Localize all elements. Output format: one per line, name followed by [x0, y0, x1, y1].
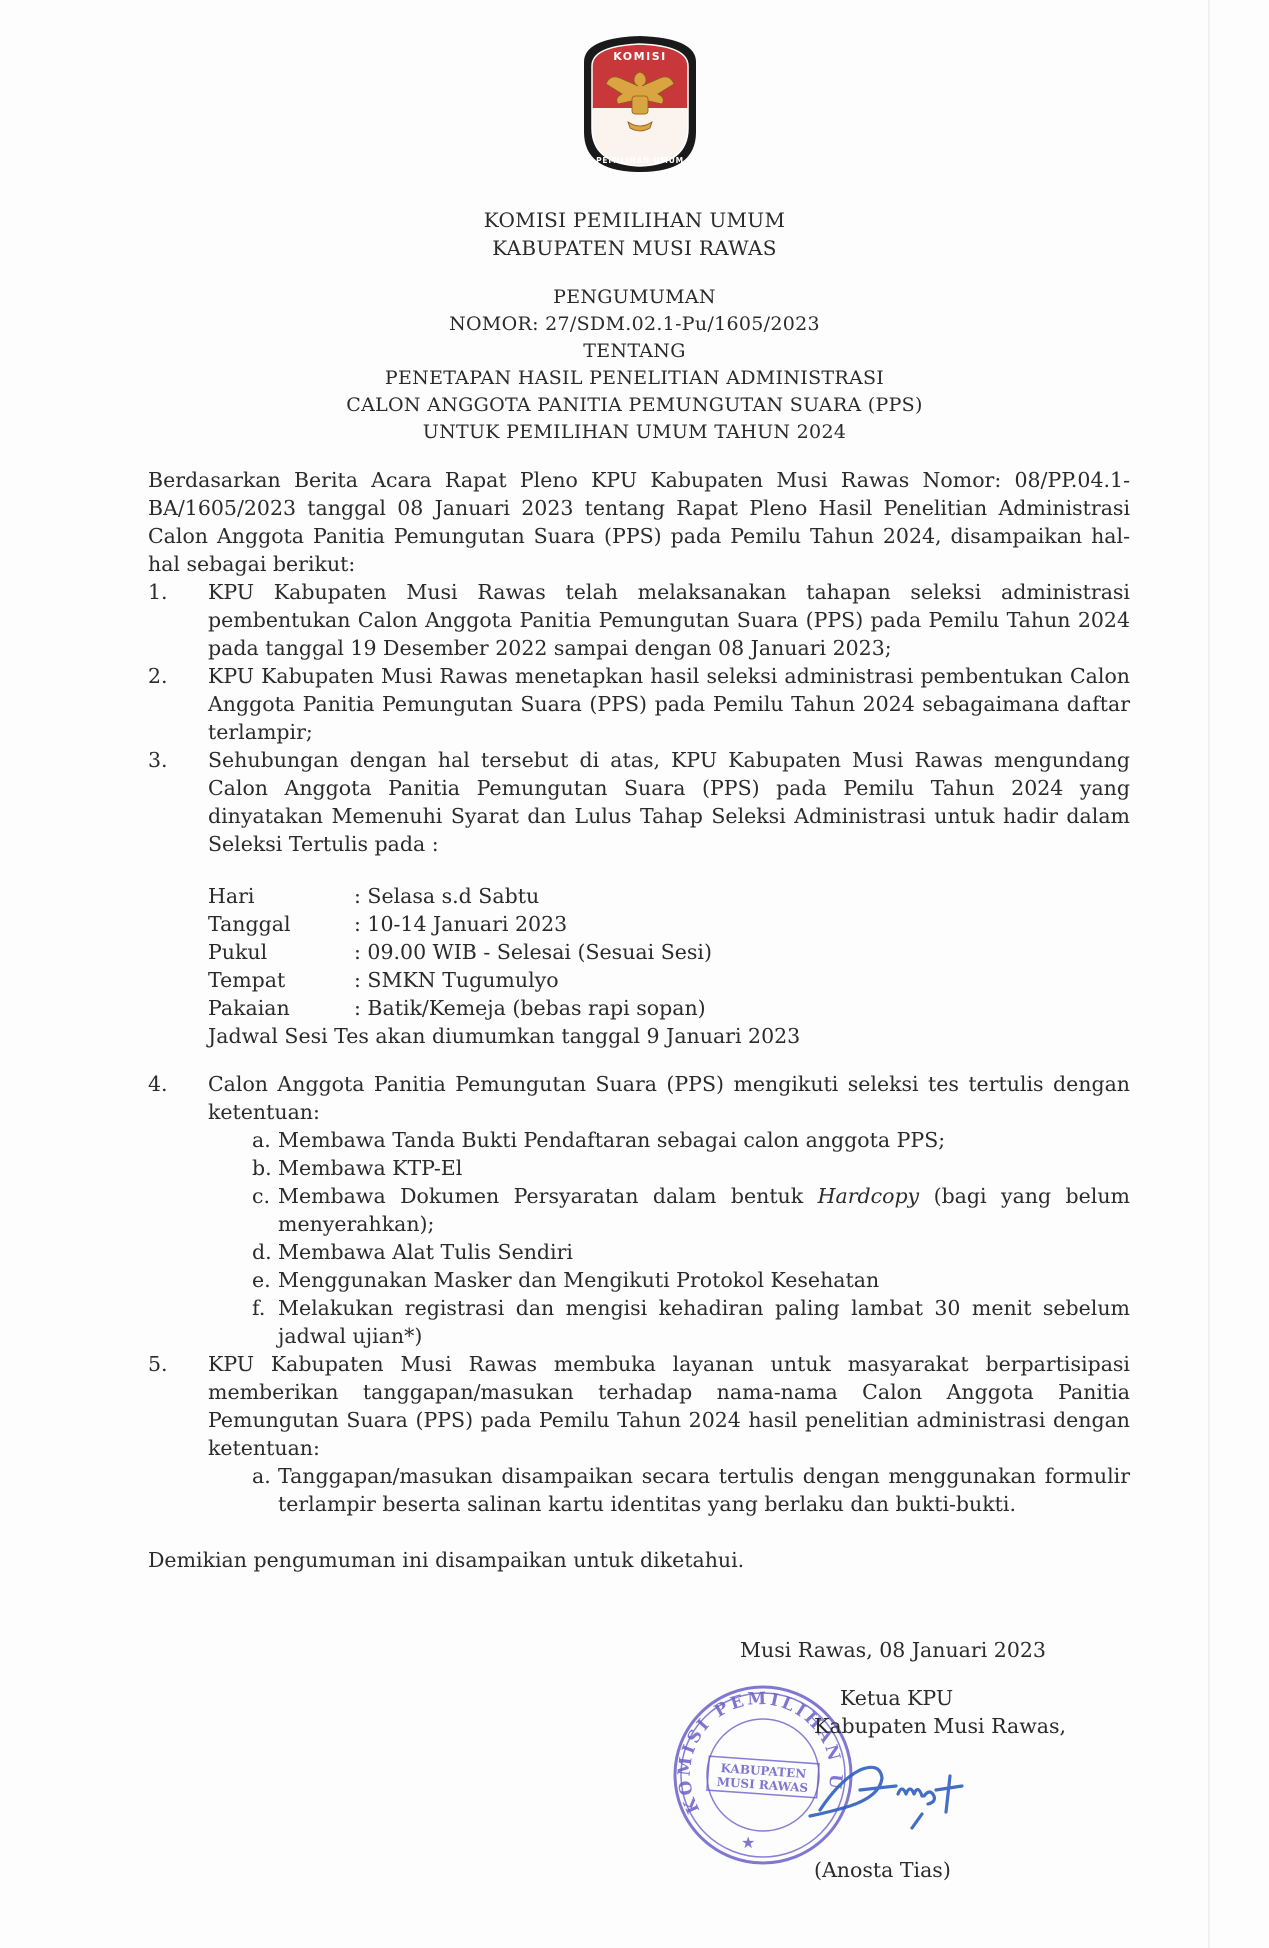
document-title-line: UNTUK PEMILIHAN UMUM TAHUN 2024 — [0, 419, 1269, 446]
schedule-label: Pukul — [208, 938, 354, 966]
sub-item-text: Membawa Dokumen Persyaratan dalam bentuk… — [278, 1184, 1130, 1236]
sub-item-text: Menggunakan Masker dan Mengikuti Protoko… — [278, 1268, 879, 1292]
sub-list-item: d. Membawa Alat Tulis Sendiri — [252, 1238, 1130, 1266]
sub-item-letter: a. — [252, 1462, 271, 1490]
schedule-row: Hari : Selasa s.d Sabtu — [208, 882, 1130, 910]
sub-item-text: Membawa Tanda Bukti Pendaftaran sebagai … — [278, 1128, 945, 1152]
document-page: KOMISI PEMILIHAN UMUM KOMISI PEMILIHAN U… — [0, 0, 1269, 1948]
sub-list-item: a. Membawa Tanda Bukti Pendaftaran sebag… — [252, 1126, 1130, 1154]
signature-place-date: Musi Rawas, 08 Januari 2023 — [740, 1636, 1046, 1664]
signatory-title-line1: Ketua KPU — [840, 1684, 1066, 1712]
schedule-label: Tempat — [208, 966, 354, 994]
list-item: 1. KPU Kabupaten Musi Rawas telah melaks… — [148, 578, 1130, 662]
document-body: Berdasarkan Berita Acara Rapat Pleno KPU… — [148, 466, 1130, 1574]
list-item-text: KPU Kabupaten Musi Rawas menetapkan hasi… — [208, 664, 1130, 744]
list-item-number: 1. — [148, 578, 168, 606]
sub-item-text: Melakukan registrasi dan mengisi kehadir… — [278, 1296, 1130, 1348]
list-item-number: 2. — [148, 662, 168, 690]
sub-list-item: c. Membawa Dokumen Persyaratan dalam ben… — [252, 1182, 1130, 1238]
document-title-block: PENGUMUMAN NOMOR: 27/SDM.02.1-Pu/1605/20… — [0, 284, 1269, 446]
intro-paragraph: Berdasarkan Berita Acara Rapat Pleno KPU… — [148, 466, 1130, 578]
schedule-row: Tanggal : 10-14 Januari 2023 — [208, 910, 1130, 938]
list-item: 3. Sehubungan dengan hal tersebut di ata… — [148, 746, 1130, 858]
schedule-label: Pakaian — [208, 994, 354, 1022]
announcement-list-continued: 4. Calon Anggota Panitia Pemungutan Suar… — [148, 1070, 1130, 1518]
sub-list-item: b. Membawa KTP-El — [252, 1154, 1130, 1182]
document-type: PENGUMUMAN — [0, 284, 1269, 311]
sub-list-item: a. Tanggapan/masukan disampaikan secara … — [252, 1462, 1130, 1518]
sub-item-text: Membawa Alat Tulis Sendiri — [278, 1240, 573, 1264]
sub-item-letter: c. — [252, 1182, 270, 1210]
requirements-list: a. Membawa Tanda Bukti Pendaftaran sebag… — [148, 1126, 1130, 1350]
feedback-terms-list: a. Tanggapan/masukan disampaikan secara … — [148, 1462, 1130, 1518]
document-about-label: TENTANG — [0, 338, 1269, 365]
sub-item-letter: e. — [252, 1266, 271, 1294]
schedule-row: Tempat : SMKN Tugumulyo — [208, 966, 1130, 994]
schedule-value: : Selasa s.d Sabtu — [354, 882, 539, 910]
kpu-emblem-icon: KOMISI PEMILIHAN UMUM — [578, 36, 702, 172]
schedule-value: : SMKN Tugumulyo — [354, 966, 559, 994]
sub-item-letter: b. — [252, 1154, 272, 1182]
closing-statement: Demikian pengumuman ini disampaikan untu… — [148, 1546, 1130, 1574]
document-title-line: PENETAPAN HASIL PENELITIAN ADMINISTRASI — [0, 365, 1269, 392]
schedule-value: : 09.00 WIB - Selesai (Sesuai Sesi) — [354, 938, 712, 966]
sub-item-text-part: Membawa Dokumen Persyaratan dalam bentuk — [278, 1184, 818, 1208]
signatory-title-line2: Kabupaten Musi Rawas, — [814, 1712, 1066, 1740]
list-item: 2. KPU Kabupaten Musi Rawas menetapkan h… — [148, 662, 1130, 746]
sub-item-text: Membawa KTP-El — [278, 1156, 462, 1180]
schedule-value: : Batik/Kemeja (bebas rapi sopan) — [354, 994, 706, 1022]
document-title-line: CALON ANGGOTA PANITIA PEMUNGUTAN SUARA (… — [0, 392, 1269, 419]
svg-text:★: ★ — [741, 1833, 755, 1852]
signatory-name: (Anosta Tias) — [814, 1856, 951, 1884]
sub-item-text-italic: Hardcopy — [818, 1184, 920, 1208]
sub-item-letter: f. — [252, 1294, 265, 1322]
test-schedule: Hari : Selasa s.d Sabtu Tanggal : 10-14 … — [208, 882, 1130, 1050]
list-item-number: 3. — [148, 746, 168, 774]
list-item-text: KPU Kabupaten Musi Rawas membuka layanan… — [208, 1350, 1130, 1462]
list-item-text: Calon Anggota Panitia Pemungutan Suara (… — [208, 1070, 1130, 1126]
document-number: NOMOR: 27/SDM.02.1-Pu/1605/2023 — [0, 311, 1269, 338]
signatory-title: Ketua KPU Kabupaten Musi Rawas, — [840, 1684, 1066, 1740]
handwritten-signature-icon — [800, 1750, 1000, 1840]
list-item-text: Sehubungan dengan hal tersebut di atas, … — [208, 746, 1130, 858]
sub-item-text: Tanggapan/masukan disampaikan secara ter… — [278, 1464, 1130, 1516]
schedule-row: Pakaian : Batik/Kemeja (bebas rapi sopan… — [208, 994, 1130, 1022]
announcement-list: 1. KPU Kabupaten Musi Rawas telah melaks… — [148, 578, 1130, 858]
list-item-text: KPU Kabupaten Musi Rawas telah melaksana… — [208, 580, 1130, 660]
sub-item-letter: d. — [252, 1238, 272, 1266]
org-region: KABUPATEN MUSI RAWAS — [0, 234, 1269, 262]
schedule-value: : 10-14 Januari 2023 — [354, 910, 567, 938]
organization-header: KOMISI PEMILIHAN UMUM KABUPATEN MUSI RAW… — [0, 206, 1269, 262]
list-item-number: 4. — [148, 1070, 168, 1098]
list-item: 4. Calon Anggota Panitia Pemungutan Suar… — [148, 1070, 1130, 1350]
list-item: 5. KPU Kabupaten Musi Rawas membuka laya… — [148, 1350, 1130, 1518]
sub-list-item: f. Melakukan registrasi dan mengisi keha… — [252, 1294, 1130, 1350]
list-item-number: 5. — [148, 1350, 168, 1378]
sub-list-item: e. Menggunakan Masker dan Mengikuti Prot… — [252, 1266, 1130, 1294]
schedule-label: Tanggal — [208, 910, 354, 938]
schedule-note: Jadwal Sesi Tes akan diumumkan tanggal 9… — [208, 1022, 1130, 1050]
logo-bottom-text: PEMILIHAN UMUM — [596, 156, 684, 165]
schedule-row: Pukul : 09.00 WIB - Selesai (Sesuai Sesi… — [208, 938, 1130, 966]
schedule-label: Hari — [208, 882, 354, 910]
sub-item-letter: a. — [252, 1126, 271, 1154]
logo-top-text: KOMISI — [613, 50, 666, 63]
org-name: KOMISI PEMILIHAN UMUM — [0, 206, 1269, 234]
